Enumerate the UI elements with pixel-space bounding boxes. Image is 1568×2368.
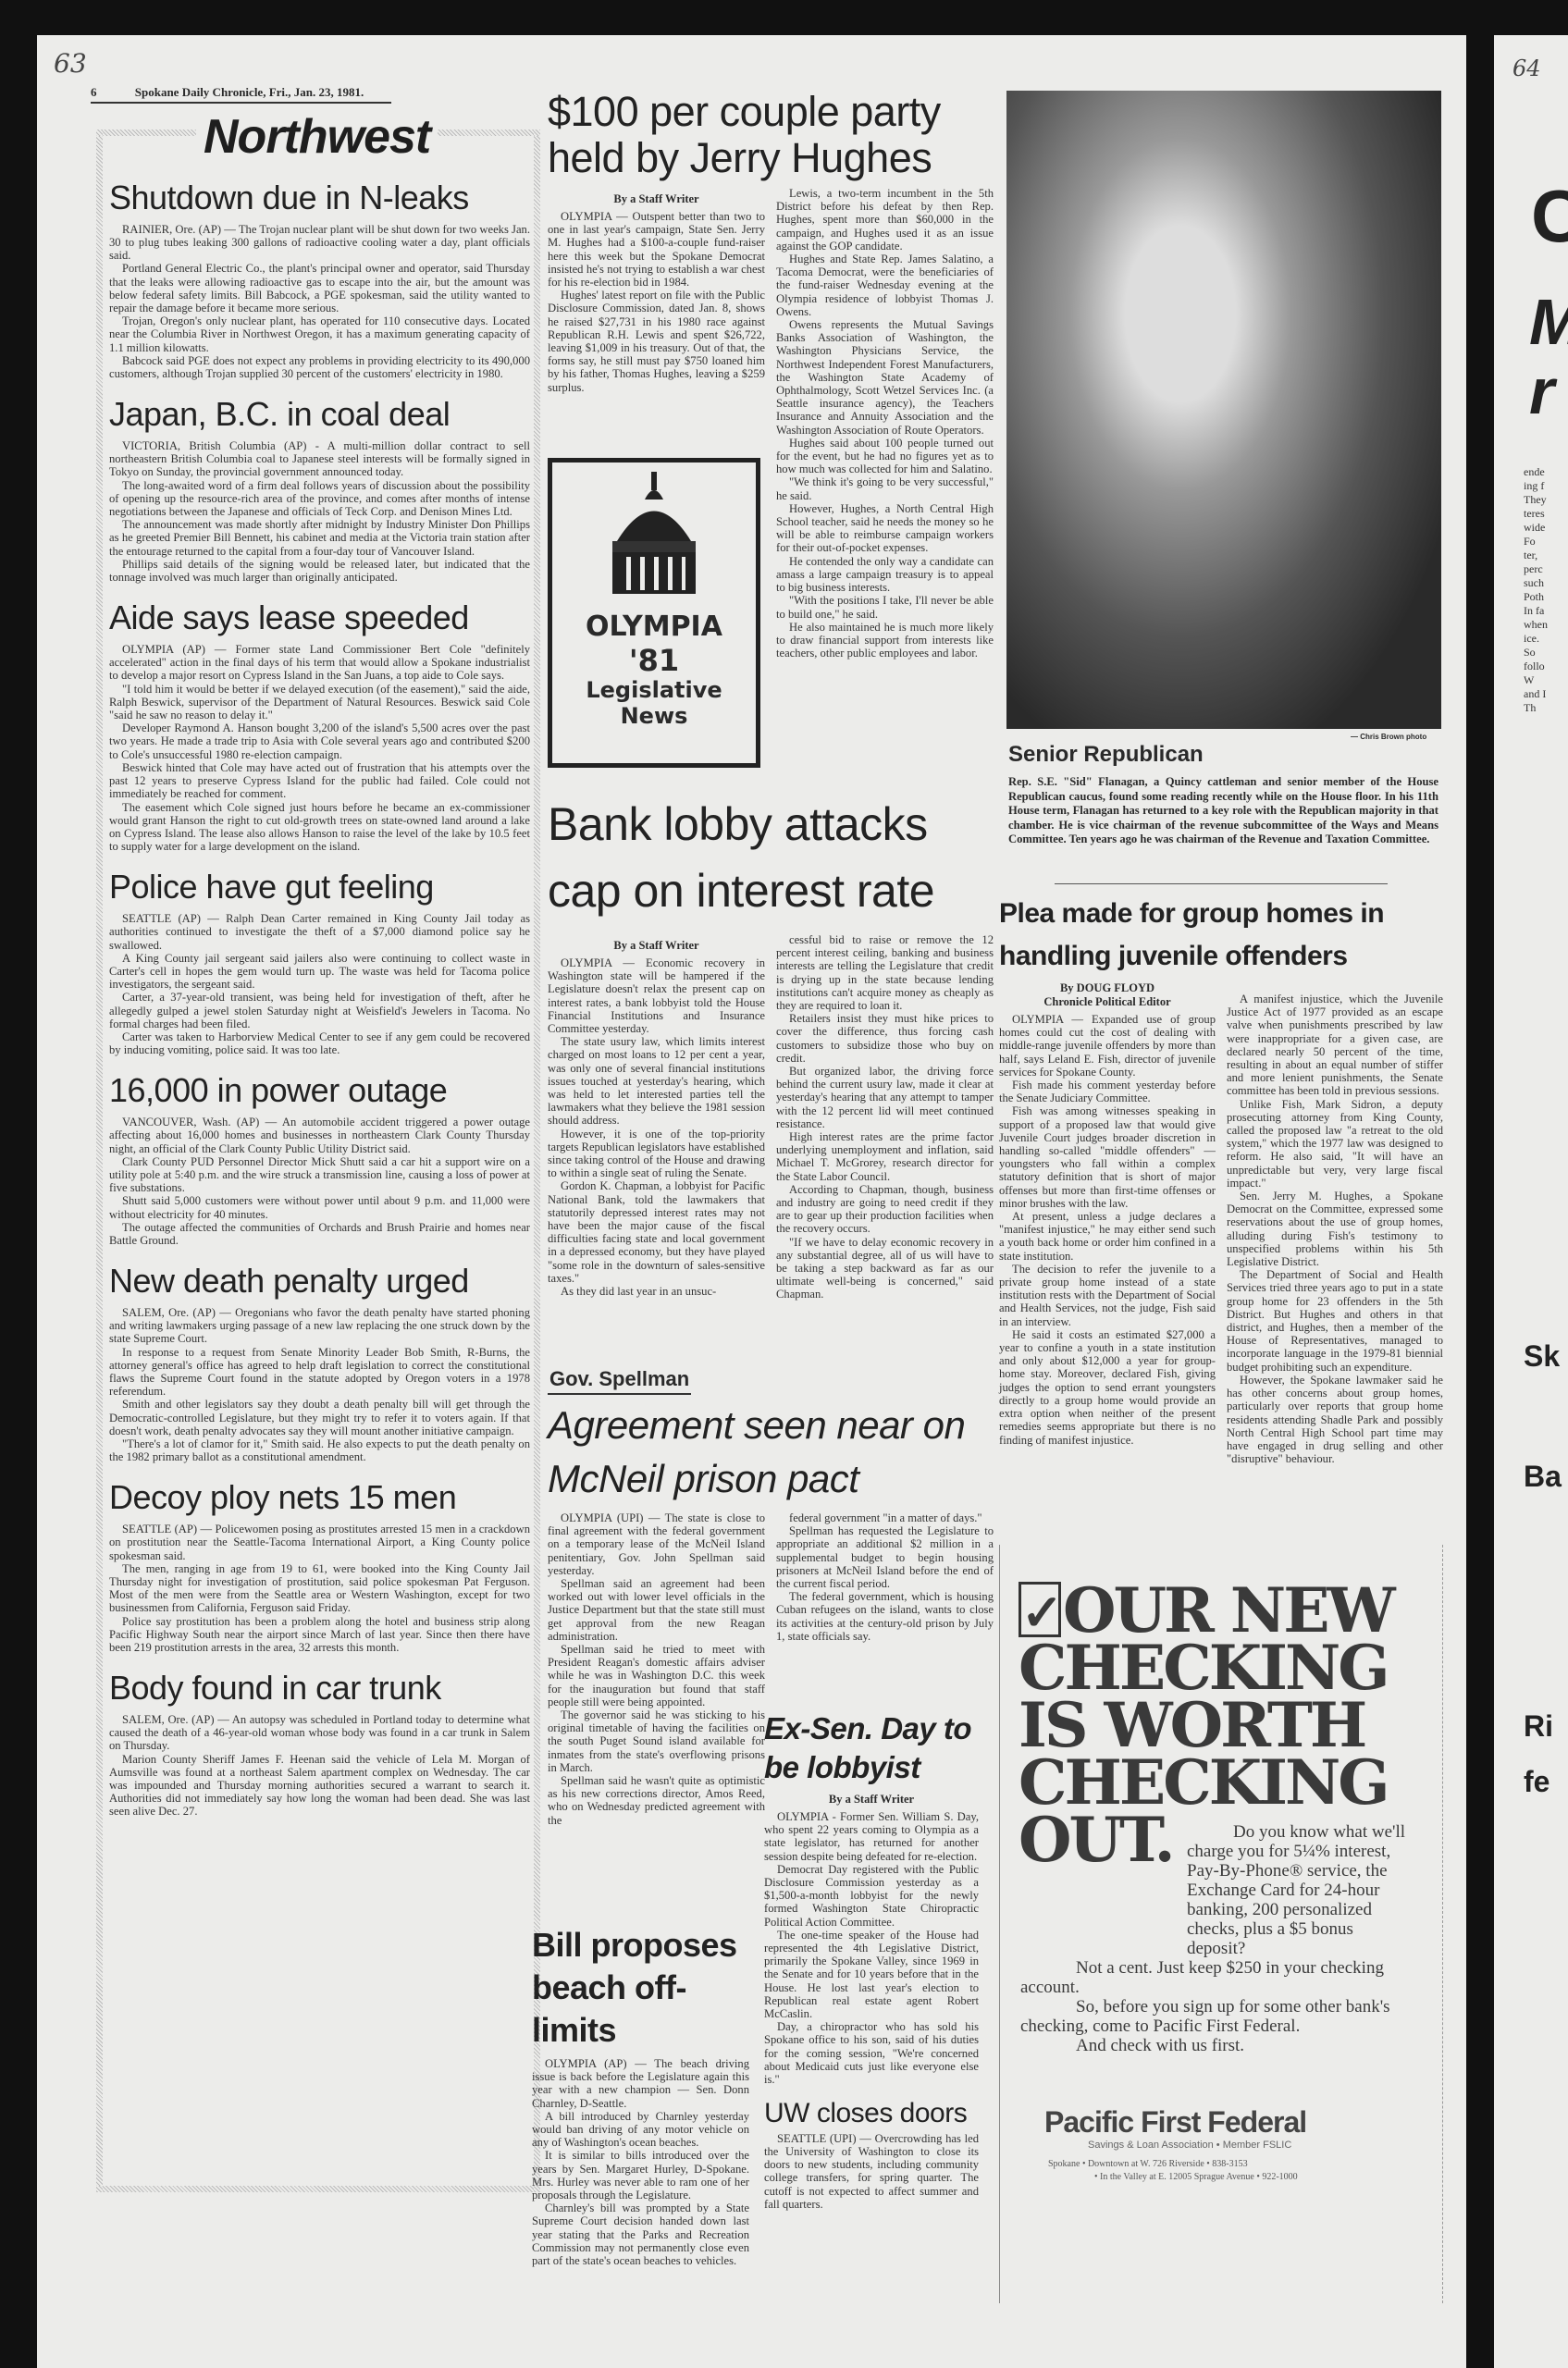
paragraph: The men, ranging in age from 19 to 61, w… [109,1562,530,1615]
paragraph: Trojan, Oregon's only nuclear plant, has… [109,314,530,354]
headline: Bank lobby attacks cap on interest rate [548,791,994,924]
text-fragment: wide [1524,521,1545,534]
paragraph: Shutt said 5,000 customers were without … [109,1194,530,1220]
paragraph: The long-awaited word of a firm deal fol… [109,479,530,519]
folio-line: 6 Spokane Daily Chronicle, Fri., Jan. 23… [91,85,391,104]
article-ex-sen-day: Ex-Sen. Day to be lobbyist By a Staff Wr… [764,1709,979,2211]
paragraph: Owens represents the Mutual Savings Bank… [776,318,994,437]
section-title: Northwest [196,109,438,165]
article-column: A manifest injustice, which the Juvenile… [1227,981,1443,1465]
paragraph: Fish made his comment yesterday before t… [999,1079,1216,1104]
paragraph: SEATTLE (AP) — Ralph Dean Carter remaine… [109,912,530,952]
paragraph: The federal government, which is housing… [776,1590,994,1643]
logo-news: News [562,704,747,730]
logo-year: '81 [562,643,747,678]
paragraph: High interest rates are the prime factor… [776,1130,994,1183]
paragraph: Sen. Jerry M. Hughes, a Spokane Democrat… [1227,1190,1443,1268]
paragraph: SALEM, Ore. (AP) — Oregonians who favor … [109,1306,530,1346]
northwest-column: Shutdown due in N-leaksRAINIER, Ore. (AP… [109,180,530,1835]
paragraph: Hughes' latest report on file with the P… [548,289,765,394]
paragraph: Portland General Electric Co., the plant… [109,262,530,314]
paragraph: The Department of Social and Health Serv… [1227,1268,1443,1374]
article-column: OLYMPIA — Outspent better than two to on… [548,210,765,394]
headline: New death penalty urged [109,1264,530,1299]
paragraph: OLYMPIA (AP) — The beach driving issue i… [532,2057,749,2110]
paragraph: Police say prostitution has been a probl… [109,1615,530,1655]
folio-dateline: Spokane Daily Chronicle, Fri., Jan. 23, … [135,85,364,99]
paragraph: OLYMPIA (AP) — Former state Land Commiss… [109,643,530,683]
logo-legislative: Legislative [562,678,747,704]
paragraph: Carter was taken to Harborview Medical C… [109,1030,530,1056]
paragraph: According to Chapman, though, business a… [776,1183,994,1236]
paragraph: VICTORIA, British Columbia (AP) - A mult… [109,439,530,479]
headline: Agreement seen near on McNeil prison pac… [548,1399,994,1506]
text-fragment: So [1524,646,1536,659]
article-body-uw: SEATTLE (UPI) — Overcrowding has led the… [764,2132,979,2211]
headline: Ex-Sen. Day to be lobbyist [764,1709,979,1787]
paragraph: OLYMPIA — Expanded use of group homes co… [999,1013,1216,1079]
paragraph: Spellman said he wasn't quite as optimis… [548,1774,765,1827]
article-2: Aide says lease speededOLYMPIA (AP) — Fo… [109,600,530,853]
paragraph: A manifest injustice, which the Juvenile… [1227,993,1443,1098]
paragraph: Developer Raymond A. Hanson bought 3,200… [109,721,530,761]
article-juvenile: Plea made for group homes in handling ju… [999,893,1443,1465]
headline: 16,000 in power outage [109,1073,530,1108]
article-body: OLYMPIA - Former Sen. William S. Day, wh… [764,1810,979,2086]
divider-rule [1055,883,1388,884]
paragraph: Spellman has requested the Legislature t… [776,1524,994,1590]
paragraph: At present, unless a judge declares a "m… [999,1210,1216,1263]
paragraph: The outage affected the communities of O… [109,1221,530,1247]
paragraph: However, the Spokane lawmaker said he ha… [1227,1374,1443,1465]
paragraph: RAINIER, Ore. (AP) — The Trojan nuclear … [109,223,530,263]
article-column: cessful bid to raise or remove the 12 pe… [776,933,994,1301]
article-0: Shutdown due in N-leaksRAINIER, Ore. (AP… [109,180,530,380]
paragraph: Carter, a 37-year-old transient, was bei… [109,991,530,1030]
checkbox-check-icon: ✓ [1019,1582,1061,1637]
paragraph: Hughes said about 100 people turned out … [776,437,994,476]
article-4: 16,000 in power outageVANCOUVER, Wash. (… [109,1073,530,1247]
advertisement-pacific-first-federal: ✓OUR NEW CHECKING IS WORTH CHECKING OUT.… [999,1545,1443,2303]
text-fragment: teres [1524,507,1545,520]
paragraph: "If we have to delay economic recovery i… [776,1236,994,1301]
text-fragment: follo [1524,660,1545,672]
paragraph: The governor said he was sticking to his… [548,1708,765,1774]
paragraph: Babcock said PGE does not expect any pro… [109,354,530,380]
article-5: New death penalty urgedSALEM, Ore. (AP) … [109,1264,530,1463]
text-fragment: Poth [1524,590,1544,603]
olympia-81-logo-box: OLYMPIA '81 Legislative News [548,458,760,768]
text-fragment: when [1524,618,1548,631]
byline: By DOUG FLOYD [999,981,1216,995]
article-column: Lewis, a two-term incumbent in the 5th D… [776,187,994,660]
paragraph: VANCOUVER, Wash. (AP) — An automobile ac… [109,1116,530,1155]
paragraph: As they did last year in an unsuc- [548,1285,765,1298]
paragraph: Gordon K. Chapman, a lobbyist for Pacifi… [548,1179,765,1285]
paragraph: It is similar to bills introduced over t… [532,2149,749,2201]
article-body: OLYMPIA (AP) — The beach driving issue i… [532,2057,749,2267]
text-fragment: In fa [1524,604,1544,617]
byline: By a Staff Writer [764,1793,979,1807]
paragraph: Charnley's bill was prompted by a State … [532,2201,749,2267]
paragraph: Fish was among witnesses speaking in sup… [999,1104,1216,1210]
paragraph: OLYMPIA - Former Sen. William S. Day, wh… [764,1810,979,1863]
text-fragment: W [1524,673,1534,686]
headline: Decoy ploy nets 15 men [109,1480,530,1515]
text-fragment: Th [1524,701,1536,714]
paragraph: A bill introduced by Charnley yesterday … [532,2110,749,2150]
ad-brand-logo: Pacific First Federal [1044,2105,1442,2140]
byline: By a Staff Writer [548,192,765,206]
article-7: Body found in car trunkSALEM, Ore. (AP) … [109,1671,530,1818]
article-column: OLYMPIA (UPI) — The state is close to fi… [548,1511,765,1827]
headline: Aide says lease speeded [109,600,530,635]
headline: $100 per couple party held by Jerry Hugh… [548,89,994,181]
paragraph: A King County jail sergeant said jailers… [109,952,530,992]
headline: Japan, B.C. in coal deal [109,397,530,432]
paragraph: OLYMPIA — Outspent better than two to on… [548,210,765,289]
cutline: Rep. S.E. "Sid" Flanagan, a Quincy cattl… [1008,775,1438,847]
article-3: Police have gut feelingSEATTLE (AP) — Ra… [109,869,530,1056]
paragraph: The decision to refer the juvenile to a … [999,1263,1216,1328]
paragraph: Day, a chiropractor who has sold his Spo… [764,2020,979,2086]
paragraph: Democrat Day registered with the Public … [764,1863,979,1929]
paragraph: cessful bid to raise or remove the 12 pe… [776,933,994,1012]
paragraph: "We think it's going to be very successf… [776,475,994,501]
photo-credit: — Chris Brown photo [1351,733,1426,741]
paragraph: "There's a lot of clamor for it," Smith … [109,1437,530,1463]
text-fragment: They [1524,493,1547,506]
text-fragment: and I [1524,687,1546,700]
paragraph: The state usury law, which limits intere… [548,1035,765,1127]
paragraph: He said it costs an estimated $27,000 a … [999,1328,1216,1447]
headline: Bill proposes beach off-limits [532,1924,749,2052]
paragraph: The one-time speaker of the House had re… [764,1929,979,2020]
article-1: Japan, B.C. in coal dealVICTORIA, Britis… [109,397,530,584]
paragraph: "With the positions I take, I'll never b… [776,594,994,620]
paragraph: OLYMPIA — Economic recovery in Washingto… [548,956,765,1035]
article-column: OLYMPIA — Economic recovery in Washingto… [548,956,765,1298]
paragraph: Phillips said details of the signing wou… [109,558,530,584]
text-fragment: perc [1524,562,1543,575]
article-6: Decoy ploy nets 15 menSEATTLE (AP) — Pol… [109,1480,530,1654]
paragraph: Lewis, a two-term incumbent in the 5th D… [776,187,994,253]
byline: By a Staff Writer [548,939,765,953]
headline: Police have gut feeling [109,869,530,905]
paragraph: The easement which Cole signed just hour… [109,801,530,854]
headline-uw: UW closes doors [764,2099,979,2128]
text-fragment: such [1524,576,1544,589]
paragraph: Hughes and State Rep. James Salatino, a … [776,253,994,318]
text-fragment: Fo [1524,535,1536,548]
paragraph: Spellman said he tried to meet with Pres… [548,1643,765,1708]
paragraph: Beswick hinted that Cole may have acted … [109,761,530,801]
headline: Body found in car trunk [109,1671,530,1706]
text-fragment: ice. [1524,632,1539,645]
text-fragment: ing f [1524,479,1544,492]
capitol-dome-icon [599,472,710,601]
cutline-headline: Senior Republican [1008,742,1204,768]
paragraph: Retailers insist they must hike prices t… [776,1012,994,1065]
kicker: Gov. Spellman [548,1367,691,1395]
text-fragment: ter, [1524,549,1537,561]
adjacent-page-fragment: 64 C M r Sk Ba Ri fe endeing fTheyteresw… [1494,35,1568,2368]
paragraph: "I told him it would be better if we del… [109,683,530,722]
paragraph: But organized labor, the driving force b… [776,1065,994,1130]
paragraph: He contended the only way a candidate ca… [776,555,994,595]
paragraph: SEATTLE (UPI) — Overcrowding has led the… [764,2132,979,2211]
logo-olympia: OLYMPIA [562,610,747,643]
paragraph: Clark County PUD Personnel Director Mick… [109,1155,530,1195]
ad-locations: Spokane • Downtown at W. 726 Riverside •… [1048,2158,1442,2184]
paragraph: However, Hughes, a North Central High Sc… [776,502,994,555]
headline: Plea made for group homes in handling ju… [999,893,1443,978]
article-column: OLYMPIA — Expanded use of group homes co… [999,1013,1216,1447]
ad-brand-subtitle: Savings & Loan Association • Member FSLI… [1088,2140,1442,2151]
paragraph: SALEM, Ore. (AP) — An autopsy was schedu… [109,1713,530,1753]
paragraph: Unlike Fish, Mark Sidron, a deputy prose… [1227,1098,1443,1190]
paragraph: However, it is one of the top-priority t… [548,1128,765,1180]
article-bank-lobby: Bank lobby attacks cap on interest rate … [548,791,994,1301]
paragraph: Spellman said an agreement had been work… [548,1577,765,1643]
paragraph: SEATTLE (AP) — Policewomen posing as pro… [109,1523,530,1562]
paragraph: OLYMPIA (UPI) — The state is close to fi… [548,1511,765,1577]
paragraph: The announcement was made shortly after … [109,518,530,558]
paragraph: In response to a request from Senate Min… [109,1346,530,1399]
headline: Shutdown due in N-leaks [109,180,530,216]
folio-page-number: 6 [91,85,97,99]
handwritten-page-number: 63 [54,48,87,79]
page-gutter [1466,35,1494,2368]
photo-senior-republican [1006,91,1441,729]
byline-title: Chronicle Political Editor [999,995,1216,1009]
text-fragment: ende [1524,465,1545,478]
paragraph: Smith and other legislators say they dou… [109,1398,530,1437]
paragraph: federal government "in a matter of days.… [776,1511,994,1524]
paragraph: Marion County Sheriff James F. Heenan sa… [109,1753,530,1819]
paragraph: He also maintained he is much more likel… [776,621,994,660]
article-beach: Bill proposes beach off-limits OLYMPIA (… [532,1924,749,2267]
